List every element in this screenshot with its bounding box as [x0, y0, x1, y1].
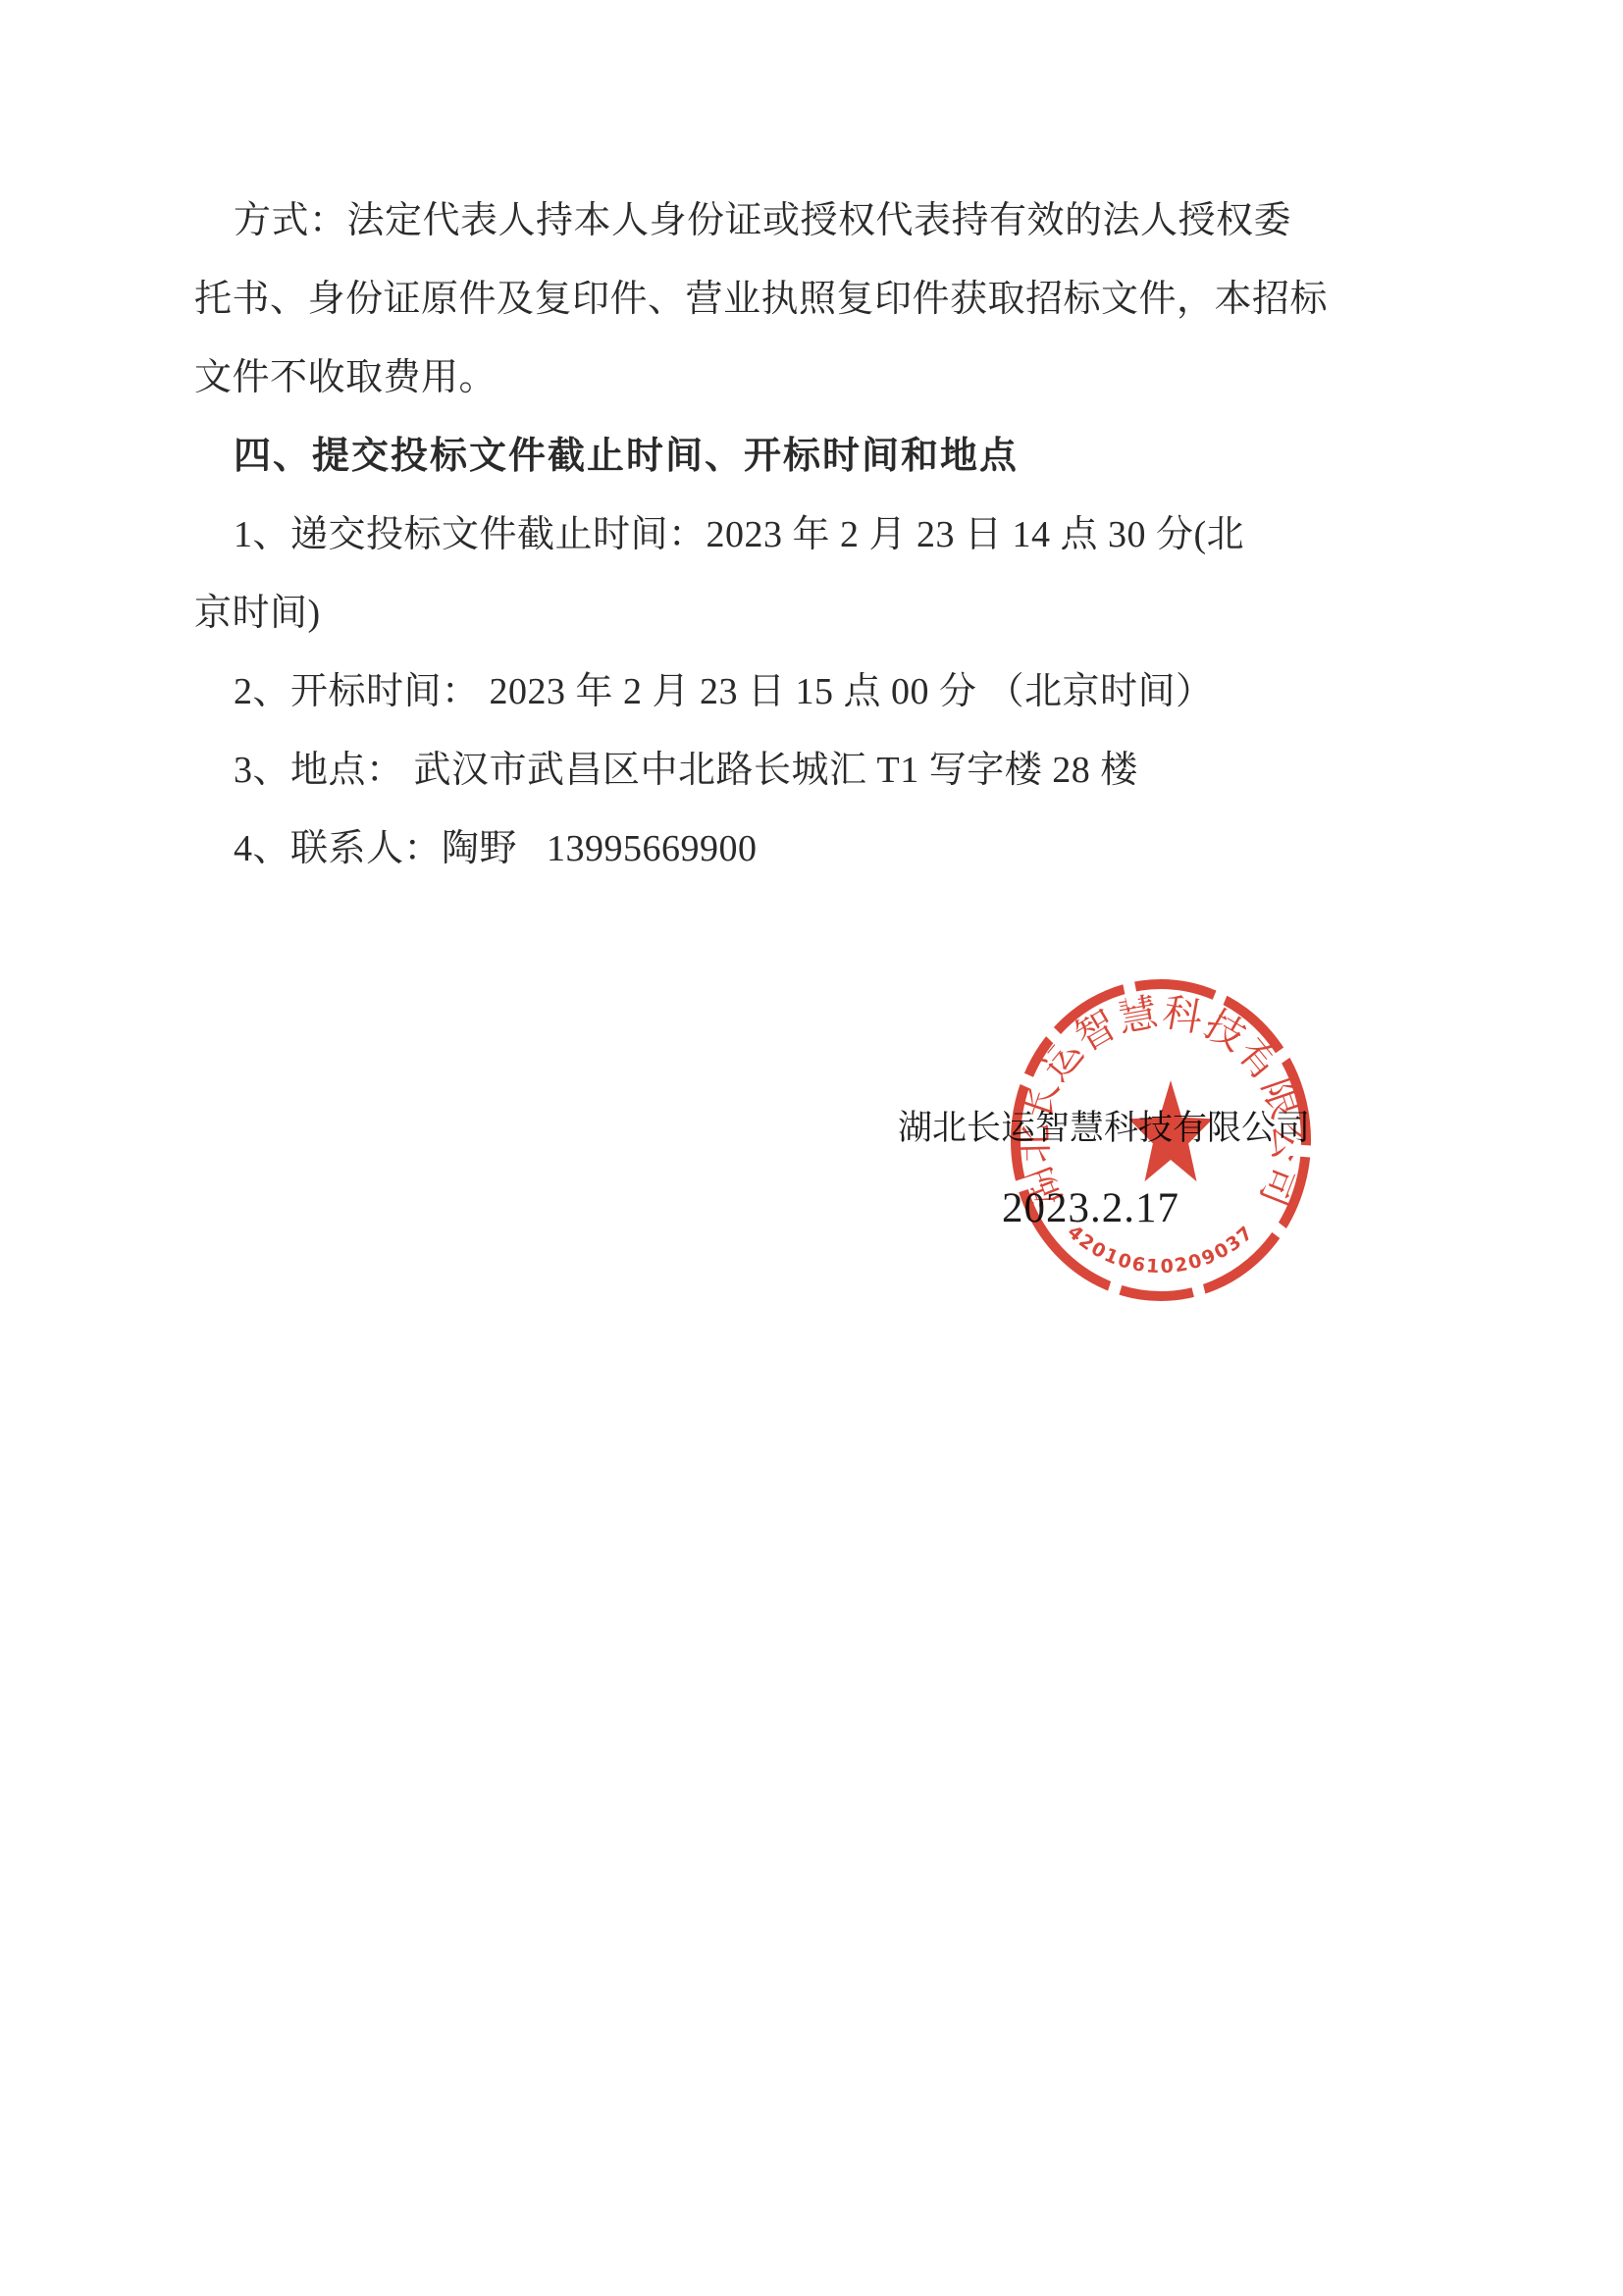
paragraph-line: 2、开标时间： 2023 年 2 月 23 日 15 点 00 分 （北京时间） [194, 652, 1372, 731]
paragraph-line: 4、联系人：陶野 13995669900 [194, 809, 1372, 888]
star-icon [1128, 1080, 1213, 1181]
paragraph-line: 1、递交投标文件截止时间：2023 年 2 月 23 日 14 点 30 分(北 [194, 496, 1372, 574]
paragraph-line: 京时间) [194, 574, 1372, 652]
paragraph-line: 3、地点： 武汉市武昌区中北路长城汇 T1 写字楼 28 楼 [194, 731, 1372, 809]
paragraph-line: 方式：法定代表人持本人身份证或授权代表持有效的法人授权委 [194, 182, 1372, 260]
paragraph-line: 托书、身份证原件及复印件、营业执照复印件获取招标文件，本招标 [194, 260, 1372, 339]
document-page: 方式：法定代表人持本人身份证或授权代表持有效的法人授权委 托书、身份证原件及复印… [0, 0, 1623, 2296]
section-heading: 四、提交投标文件截止时间、开标时间和地点 [194, 417, 1372, 496]
company-seal-stamp: 湖北长运智慧科技有限公司 42010610209037 [984, 964, 1337, 1317]
paragraph-line: 文件不收取费用。 [194, 339, 1372, 417]
document-body: 方式：法定代表人持本人身份证或授权代表持有效的法人授权委 托书、身份证原件及复印… [194, 182, 1372, 888]
svg-text:湖北长运智慧科技有限公司: 湖北长运智慧科技有限公司 [1012, 990, 1311, 1214]
stamp-serial-number: 42010610209037 [1064, 1221, 1259, 1278]
stamp-arc-company-name: 湖北长运智慧科技有限公司 [1012, 990, 1311, 1214]
svg-text:42010610209037: 42010610209037 [1064, 1221, 1259, 1278]
